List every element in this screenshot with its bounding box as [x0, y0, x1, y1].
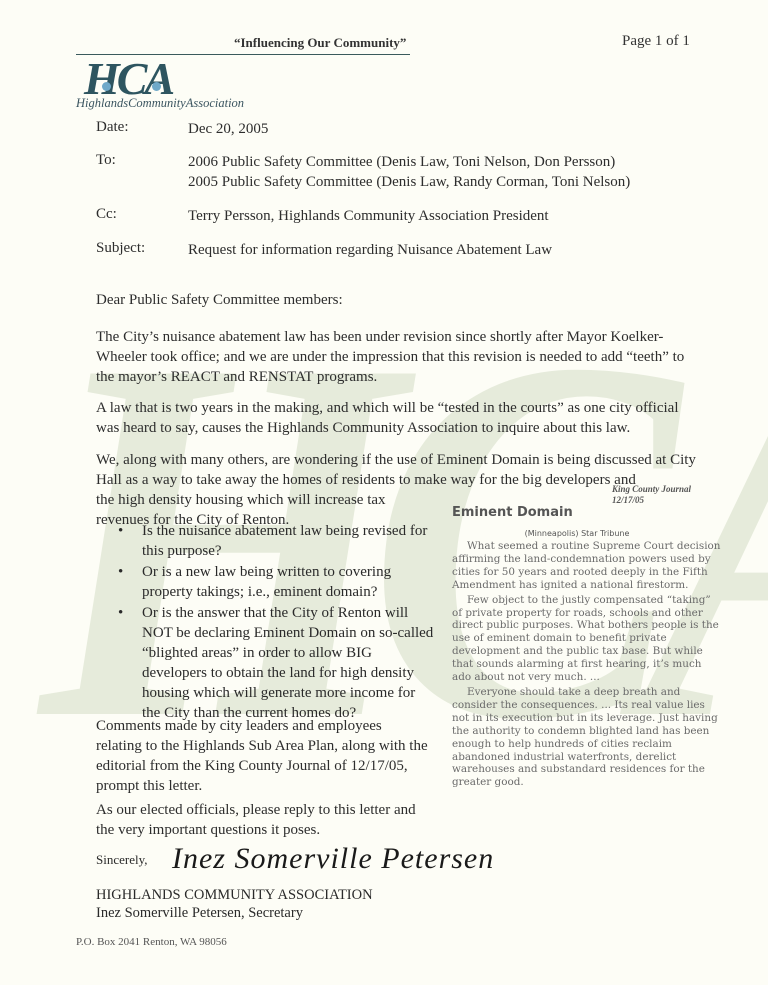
signer-name: Inez Somerville Petersen, Secretary [96, 905, 303, 922]
question-text: Or is the answer that the City of Renton… [142, 605, 433, 721]
cc-label: Cc: [96, 206, 117, 223]
paragraph-5: As our elected officials, please reply t… [96, 800, 431, 840]
page-indicator: Page 1 of 1 [622, 33, 690, 50]
clipping-title: Eminent Domain [452, 505, 722, 520]
paragraph-4: Comments made by city leaders and employ… [96, 716, 431, 796]
newspaper-clipping: King County Journal 12/17/05 Eminent Dom… [452, 486, 722, 789]
closing: Sincerely, [96, 852, 148, 868]
bullet-icon: • [118, 521, 123, 541]
clipping-byline: (Minneapolis) Star Tribune [452, 529, 702, 538]
date-value: Dec 20, 2005 [188, 119, 268, 139]
logo-dot-icon [102, 82, 111, 91]
subject-value: Request for information regarding Nuisan… [188, 240, 552, 260]
bullet-icon: • [118, 603, 123, 623]
subject-label: Subject: [96, 240, 145, 257]
organization-name: HIGHLANDS COMMUNITY ASSOCIATION [96, 887, 373, 904]
bullet-icon: • [118, 562, 123, 582]
question-text: Is the nuisance abatement law being revi… [142, 523, 427, 559]
logo-subtitle: HighlandsCommunityAssociation [76, 96, 244, 111]
question-list: •Is the nuisance abatement law being rev… [96, 521, 436, 724]
question-text: Or is a new law being written to coverin… [142, 564, 391, 600]
to-value-2: 2005 Public Safety Committee (Denis Law,… [188, 172, 630, 192]
cc-value: Terry Persson, Highlands Community Assoc… [188, 206, 549, 226]
clipping-source-name: King County Journal [612, 484, 691, 495]
logo-dot-icon [152, 82, 161, 91]
to-value-1: 2006 Public Safety Committee (Denis Law,… [188, 152, 615, 172]
motto: “Influencing Our Community” [234, 35, 406, 51]
clipping-paragraph: Few object to the justly compensated “ta… [452, 594, 722, 684]
question-item: •Or is the answer that the City of Rento… [96, 603, 436, 723]
clipping-paragraph: What seemed a routine Supreme Court deci… [452, 540, 722, 592]
salutation: Dear Public Safety Committee members: [96, 290, 696, 310]
paragraph-1: The City’s nuisance abatement law has be… [96, 327, 696, 387]
footer-address: P.O. Box 2041 Renton, WA 98056 [76, 936, 227, 948]
clipping-source-date: 12/17/05 [612, 495, 691, 506]
question-item: •Is the nuisance abatement law being rev… [96, 521, 436, 561]
handwritten-signature: Inez Somerville Petersen [172, 842, 494, 876]
date-label: Date: [96, 119, 128, 136]
question-item: •Or is a new law being written to coveri… [96, 562, 436, 602]
paragraph-3: We, along with many others, are wonderin… [96, 450, 696, 490]
clipping-paragraph: Everyone should take a deep breath and c… [452, 686, 722, 789]
to-label: To: [96, 152, 116, 169]
clipping-source: King County Journal 12/17/05 [612, 484, 691, 506]
paragraph-2: A law that is two years in the making, a… [96, 398, 696, 438]
